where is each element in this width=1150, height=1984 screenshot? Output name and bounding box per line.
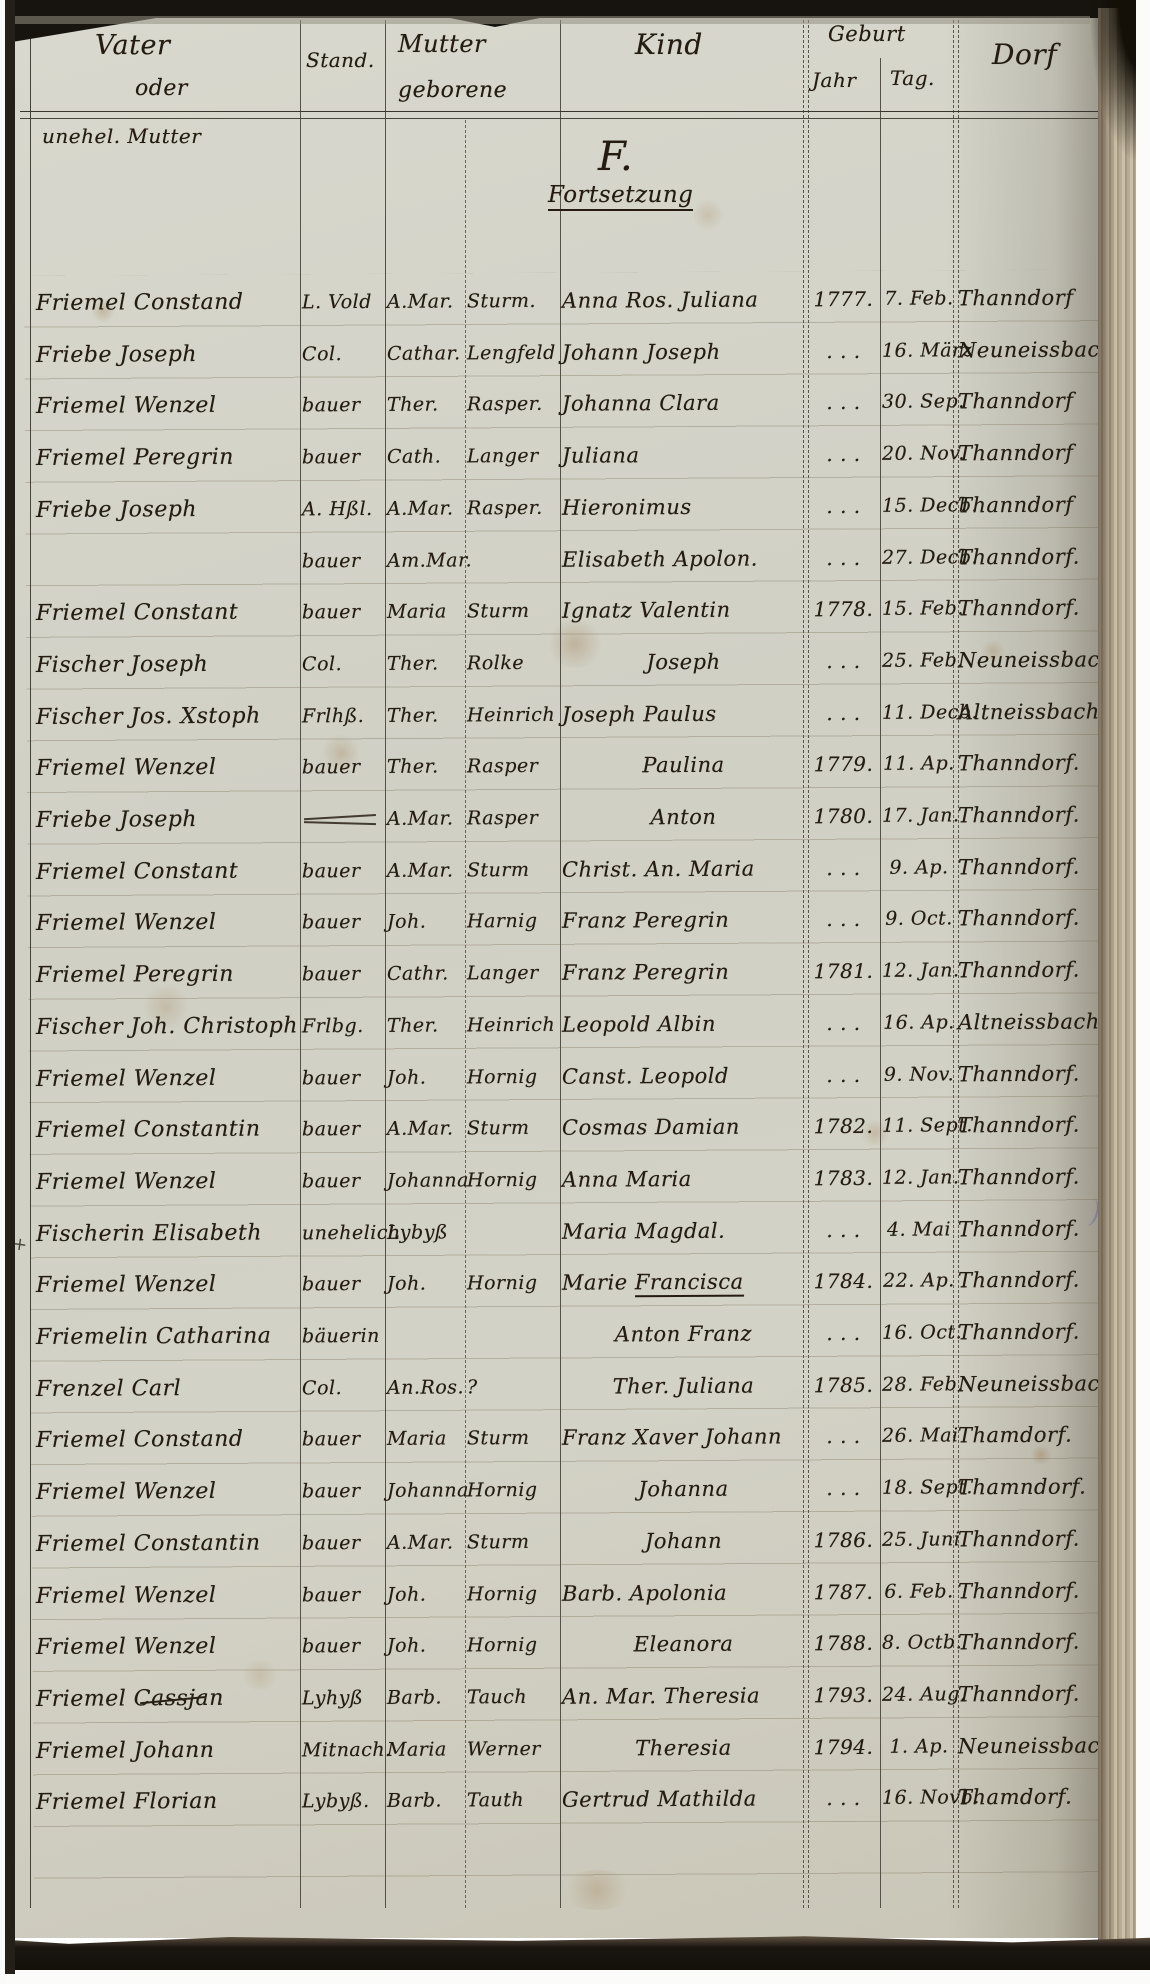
table-row: Friemel WenzelbauerJoh.HornigMarie Franc… <box>30 1255 1098 1314</box>
cell-mother-surname: Sturm <box>467 586 561 639</box>
cell-birth-day: 16. Novb. <box>882 1773 956 1825</box>
cell-mother-given: A.Mar. <box>387 1104 467 1156</box>
cell-birth-year: 1785. <box>807 1359 880 1411</box>
cell-mother-given: Ther. <box>387 1000 467 1052</box>
cell-child: Paulina <box>562 740 805 793</box>
cell-mother-given: Barb. <box>387 1672 467 1724</box>
cell-stand: Col. <box>302 329 386 382</box>
cell-birth-day: 12. Jan. <box>882 1152 956 1204</box>
page-fold-shadow <box>1098 8 1138 1952</box>
cell-birth-day: 9. Oct. <box>882 894 956 946</box>
cell-birth-day: 11. Decb. <box>882 687 956 739</box>
cell-mother-given: Barb. <box>387 1776 467 1828</box>
cell-child: Gertrud Mathilda <box>562 1774 805 1827</box>
cell-mother-surname: Tauch <box>467 1672 561 1725</box>
cell-child: Joseph <box>562 636 805 689</box>
strikethrough-mark <box>140 1696 206 1704</box>
cell-birth-day: 4. Mai <box>882 1204 956 1256</box>
cell-birth-day: 9. Nov. <box>882 1049 956 1101</box>
cell-father: Frenzel Carl <box>36 1363 298 1417</box>
underlined-child-name: Francisca <box>635 1270 744 1298</box>
cell-mother-surname: Rasper <box>467 793 561 846</box>
cell-mother-surname: Langer <box>467 948 561 1001</box>
cell-father: Friebe Joseph <box>36 794 298 848</box>
cell-birth-day: 20. Nov. <box>882 428 956 480</box>
cell-birth-day: 27. Decb. <box>882 532 956 584</box>
cell-father: Friemel Cassjan <box>36 1673 298 1727</box>
cell-stand: bauer <box>302 1052 386 1105</box>
cell-father: Fischer Joh. Christoph <box>36 1001 298 1055</box>
cell-birth-year: . . . <box>807 1308 880 1360</box>
cell-birth-day: 17. Jan. <box>882 790 956 842</box>
cell-stand: bauer <box>302 742 386 795</box>
cell-mother-given: Ther. <box>387 690 467 742</box>
table-row: Friebe JosephCol.Cathar.LengfeldJohann J… <box>30 324 1098 383</box>
cell-birth-day: 15. Decb. <box>882 480 956 532</box>
cell-father: Friemel Wenzel <box>36 898 298 952</box>
cell-child: Cosmas Damian <box>562 1101 805 1154</box>
cell-birth-day: 8. Octb. <box>882 1618 956 1670</box>
cell-birth-day: 7. Feb. <box>882 273 956 325</box>
cell-mother-surname: Hornig <box>467 1465 561 1518</box>
table-row: Friemel PeregrinbauerCathr.LangerFranz P… <box>30 945 1098 1004</box>
cell-stand: bauer <box>302 1104 386 1157</box>
cell-birth-year: 1787. <box>807 1566 880 1618</box>
cell-child: Johanna Clara <box>562 378 805 431</box>
cell-mother-surname: Sturm. <box>467 276 561 329</box>
cell-birth-year: . . . <box>807 842 880 894</box>
cell-mother-given <box>387 1310 467 1362</box>
cell-mother-surname <box>467 534 561 587</box>
cell-stand: bauer <box>302 535 386 588</box>
cell-birth-year: 1781. <box>807 946 880 998</box>
cell-mother-surname: Langer <box>467 431 561 484</box>
column-header-father-line1: Vater <box>95 30 170 61</box>
cell-mother-given: Am.Mar. <box>387 535 467 587</box>
cell-father: Friemel Wenzel <box>36 1053 298 1107</box>
cell-child: Theresia <box>562 1722 805 1775</box>
cell-father: Fischer Jos. Xstoph <box>36 691 298 745</box>
table-row: Friemel CassjanLyhyßBarb.TauchAn. Mar. T… <box>30 1668 1098 1727</box>
cell-stand: bauer <box>302 1621 386 1674</box>
cell-stand: bauer <box>302 1414 386 1467</box>
cell-stand: bauer <box>302 1518 386 1571</box>
scan-bottom-margin <box>0 1970 1150 1984</box>
cell-birth-day: 16. März <box>882 325 956 377</box>
cell-birth-year: 1788. <box>807 1618 880 1670</box>
cell-birth-year: 1778. <box>807 584 880 636</box>
cell-birth-year: . . . <box>807 532 880 584</box>
cell-child: Leopold Albin <box>562 998 805 1051</box>
cell-birth-day: 26. Mai <box>882 1411 956 1463</box>
table-row: Friebe JosephA. Hßl.A.Mar.Rasper.Hieroni… <box>30 479 1098 538</box>
column-header-father-line2: oder <box>135 76 188 101</box>
cell-stand: bauer <box>302 380 386 433</box>
table-row: Friemel ConstantinbauerA.Mar.SturmCosmas… <box>30 1100 1098 1159</box>
cell-father: Friemel Peregrin <box>36 949 298 1003</box>
scan-right-margin <box>1136 0 1150 1984</box>
cell-birth-year: . . . <box>807 1773 880 1825</box>
cell-father: Friemel Wenzel <box>36 1156 298 1210</box>
book-bottom-edge <box>0 1934 1150 1972</box>
cell-stand: bauer <box>302 1569 386 1622</box>
cell-stand: bauer <box>302 432 386 485</box>
cell-mother-surname <box>467 1206 561 1259</box>
cell-child: Anna Maria <box>562 1153 805 1206</box>
cell-stand: bauer <box>302 949 386 1002</box>
section-letter: F. <box>598 134 633 180</box>
cell-father: Friemel Constantin <box>36 1105 298 1159</box>
cell-mother-surname: Hornig <box>467 1620 561 1673</box>
table-row: Fischer Joh. ChristophFrlbg.Ther.Heinric… <box>30 996 1098 1055</box>
cell-birth-year: . . . <box>807 377 880 429</box>
cell-father <box>36 536 298 590</box>
cell-father: Friemel Florian <box>36 1777 298 1831</box>
cell-birth-day: 22. Ap. <box>882 1256 956 1308</box>
cell-father: Friemelin Catharina <box>36 1311 298 1365</box>
cell-child: Joseph Paulus <box>562 688 805 741</box>
cell-mother-given: Maria <box>387 1414 467 1466</box>
cell-father: Friemel Wenzel <box>36 381 298 435</box>
cell-mother-given: Joh. <box>387 897 467 949</box>
cell-mother-given: Ther. <box>387 638 467 690</box>
cell-mother-surname <box>467 1310 561 1363</box>
cell-birth-day: 16. Oct. <box>882 1307 956 1359</box>
cell-mother-surname: Hornig <box>467 1051 561 1104</box>
cell-stand: L. Vold <box>302 277 386 330</box>
cell-birth-day: 6. Feb. <box>882 1566 956 1618</box>
cell-birth-year: 1779. <box>807 739 880 791</box>
cell-mother-surname: Rasper <box>467 741 561 794</box>
cell-mother-given: Johanna <box>387 1155 467 1207</box>
column-header-child: Kind <box>635 28 703 61</box>
table-row: Friemel WenzelbauerJohannaHornigJohanna.… <box>30 1462 1098 1521</box>
cell-child: Marie Francisca <box>562 1257 805 1310</box>
cell-mother-given: Joh. <box>387 1569 467 1621</box>
cell-mother-given: Joh. <box>387 1621 467 1673</box>
cell-child: Elisabeth Apolon. <box>562 533 805 586</box>
cell-mother-surname: Hornig <box>467 1568 561 1621</box>
table-row: Friemel ConstantbauerA.Mar.SturmChrist. … <box>30 841 1098 900</box>
cell-birth-day: 11. Ap. <box>882 739 956 791</box>
cell-child: Canst. Leopold <box>562 1050 805 1103</box>
cell-birth-day: 11. Sept. <box>882 1101 956 1153</box>
cell-child: Anton <box>562 791 805 844</box>
cell-mother-surname: Lengfeld <box>467 327 561 380</box>
cell-mother-given: Lybyß <box>387 1207 467 1259</box>
cell-father: Friemel Johann <box>36 1725 298 1779</box>
table-row: Friemelin CatharinabäuerinAnton Franz. .… <box>30 1306 1098 1365</box>
table-row: Friemel WenzelbauerJoh.HornigEleanora178… <box>30 1617 1098 1676</box>
table-row: Friemel WenzelbauerJoh.HornigBarb. Apolo… <box>30 1565 1098 1624</box>
cell-mother-surname: Tauth <box>467 1775 561 1828</box>
cell-mother-given: Cath. <box>387 431 467 483</box>
cell-mother-surname: Rasper. <box>467 379 561 432</box>
cell-mother-given: A.Mar. <box>387 845 467 897</box>
cell-birth-year: . . . <box>807 1204 880 1256</box>
cell-mother-surname: Heinrich <box>467 1000 561 1053</box>
cell-mother-given: A.Mar. <box>387 276 467 328</box>
cell-mother-surname: Hornig <box>467 1155 561 1208</box>
cell-stand: Frlbg. <box>302 1001 386 1054</box>
cell-mother-surname: Sturm <box>467 1103 561 1156</box>
cell-mother-surname: Sturm <box>467 844 561 897</box>
cell-child: Johanna <box>562 1463 805 1516</box>
cell-child: Johann Joseph <box>562 326 805 379</box>
cell-birth-year: . . . <box>807 894 880 946</box>
table-row: Friemel WenzelbauerTher.Rasper.Johanna C… <box>30 376 1098 435</box>
table-row: Frenzel CarlCol.An.Ros.?Ther. Juliana178… <box>30 1358 1098 1417</box>
cell-birth-year: . . . <box>807 687 880 739</box>
cell-father: Friebe Joseph <box>36 329 298 383</box>
cell-birth-day: 28. Feb. <box>882 1359 956 1411</box>
cell-mother-given: An.Ros. <box>387 1362 467 1414</box>
cell-birth-day: 25. Juni <box>882 1514 956 1566</box>
cell-birth-day: 16. Ap. <box>882 997 956 1049</box>
cell-birth-year: 1782. <box>807 1101 880 1153</box>
cell-child: Franz Peregrin <box>562 946 805 999</box>
table-row: Friemel ConstandbauerMariaSturmFranz Xav… <box>30 1410 1098 1469</box>
cell-birth-year: 1783. <box>807 1153 880 1205</box>
cell-mother-given: Maria <box>387 1724 467 1776</box>
table-row: Friemel FlorianLybyß.Barb.TauthGertrud M… <box>30 1772 1098 1831</box>
cell-birth-year: . . . <box>807 429 880 481</box>
cell-birth-year: 1793. <box>807 1670 880 1722</box>
cell-birth-day: 25. Feb. <box>882 635 956 687</box>
cell-mother-given: Johanna <box>387 1465 467 1517</box>
table-row: Friemel WenzelbauerJoh.HarnigFranz Pereg… <box>30 893 1098 952</box>
cell-birth-year: . . . <box>807 325 880 377</box>
cell-birth-day: 18. Sept. <box>882 1462 956 1514</box>
cell-father: Fischerin Elisabeth+ <box>36 1208 298 1262</box>
cell-father: Friemel Constant <box>36 846 298 900</box>
cell-birth-day: 12. Jan. <box>882 945 956 997</box>
cell-child: Hieronimus <box>562 481 805 534</box>
table-row: Friemel WenzelbauerJohannaHornigAnna Mar… <box>30 1151 1098 1210</box>
column-header-birth: Geburt <box>828 22 906 46</box>
cell-birth-day: 1. Ap. <box>882 1721 956 1773</box>
cell-stand: Col. <box>302 639 386 692</box>
cell-child: Johann <box>562 1515 805 1568</box>
cell-child: Maria Magdal. <box>562 1205 805 1258</box>
cell-father: Friebe Joseph <box>36 484 298 538</box>
cell-birth-year: . . . <box>807 636 880 688</box>
cell-child: Franz Xaver Johann <box>562 1412 805 1465</box>
cell-stand: Mitnach. <box>302 1724 386 1777</box>
cell-mother-given: A.Mar. <box>387 483 467 535</box>
cell-birth-day: 30. Sep. <box>882 377 956 429</box>
cell-mother-given: Maria <box>387 587 467 639</box>
cell-birth-year: 1794. <box>807 1721 880 1773</box>
column-header-stand: Stand. <box>306 48 375 72</box>
cell-father: Friemel Peregrin <box>36 432 298 486</box>
cell-stand: Frlhß. <box>302 690 386 743</box>
header-rule <box>20 111 1098 119</box>
cell-child: Barb. Apolonia <box>562 1567 805 1620</box>
cell-birth-day: 24. Aug. <box>882 1669 956 1721</box>
cell-mother-given: A.Mar. <box>387 793 467 845</box>
underlying-page-sliver <box>10 16 1090 24</box>
cell-birth-year: 1786. <box>807 1515 880 1567</box>
cell-mother-given: A.Mar. <box>387 1517 467 1569</box>
cell-birth-year: 1784. <box>807 1256 880 1308</box>
cell-mother-surname: Sturm <box>467 1517 561 1570</box>
cell-stand: bauer <box>302 897 386 950</box>
cell-mother-given: Joh. <box>387 1052 467 1104</box>
cell-mother-surname: Rasper. <box>467 483 561 536</box>
cell-stand: unehelich <box>302 1207 386 1260</box>
cell-child: Eleanora <box>562 1618 805 1671</box>
cell-stand: A. Hßl. <box>302 484 386 537</box>
cell-stand: bauer <box>302 846 386 899</box>
cell-birth-day: 9. Ap. <box>882 842 956 894</box>
table-row: Friebe JosephA.Mar.RasperAnton1780.17. J… <box>30 789 1098 848</box>
table-row: bauerAm.Mar.Elisabeth Apolon.. . .27. De… <box>30 531 1098 590</box>
column-header-mother-line2: geborene <box>398 78 507 103</box>
cell-mother-given: Cathar. <box>387 328 467 380</box>
column-header-mother-line1: Mutter <box>398 30 486 58</box>
cell-father: Friemel Wenzel <box>36 1570 298 1624</box>
cell-birth-year: 1777. <box>807 274 880 326</box>
cell-stand: Lyhyß <box>302 1673 386 1726</box>
cell-birth-day: 15. Feb. <box>882 584 956 636</box>
cell-mother-surname: Hornig <box>467 1258 561 1311</box>
cell-father: Fischer Joseph <box>36 639 298 693</box>
column-header-birth-year: Jahr <box>812 68 856 92</box>
crossed-out-scribble <box>304 812 376 828</box>
table-row: Friemel WenzelbauerTher.RasperPaulina177… <box>30 738 1098 797</box>
table-row: Fischer Jos. XstophFrlhß.Ther.HeinrichJo… <box>30 686 1098 745</box>
cell-birth-year: . . . <box>807 481 880 533</box>
book-left-edge <box>5 0 15 1974</box>
cell-stand: bauer <box>302 1259 386 1312</box>
cell-birth-year: 1780. <box>807 791 880 843</box>
cell-father: Friemel Constand <box>36 277 298 331</box>
cell-mother-given: Ther. <box>387 380 467 432</box>
cell-mother-surname: Werner <box>467 1723 561 1776</box>
cell-child: Ther. Juliana <box>562 1360 805 1413</box>
cell-father: Friemel Constantin <box>36 1518 298 1572</box>
cell-child: Franz Peregrin <box>562 895 805 948</box>
cell-child: Anna Ros. Juliana <box>562 274 805 327</box>
cell-child: Juliana <box>562 429 805 482</box>
cell-mother-surname: Sturm <box>467 1413 561 1466</box>
column-header-birth-day: Tag. <box>890 66 935 90</box>
scanned-register-page: Vater oder Stand. Mutter geborene Kind G… <box>0 0 1150 1984</box>
cell-birth-year: . . . <box>807 1411 880 1463</box>
cell-father: Friemel Wenzel <box>36 1622 298 1676</box>
cell-mother-surname: Rolke <box>467 638 561 691</box>
cell-stand: bäuerin <box>302 1311 386 1364</box>
section-continuation-label: Fortsetzung <box>548 182 693 211</box>
table-row: Friemel ConstantinbauerA.Mar.SturmJohann… <box>30 1513 1098 1572</box>
table-row: Friemel ConstandL. VoldA.Mar.Sturm.Anna … <box>30 272 1098 331</box>
table-row: Friemel ConstantbauerMariaSturmIgnatz Va… <box>30 583 1098 642</box>
cell-mother-given: Ther. <box>387 742 467 794</box>
cell-father: Friemel Constant <box>36 588 298 642</box>
cell-father: Friemel Constand <box>36 1415 298 1469</box>
cell-mother-surname: Heinrich <box>467 689 561 742</box>
cell-stand: bauer <box>302 587 386 640</box>
cell-birth-year: . . . <box>807 1463 880 1515</box>
cell-child: Anton Franz <box>562 1308 805 1361</box>
table-row: Friemel WenzelbauerJoh.HornigCanst. Leop… <box>30 1048 1098 1107</box>
cell-stand: bauer <box>302 1466 386 1519</box>
cell-child: An. Mar. Theresia <box>562 1670 805 1723</box>
cell-stand: Lybyß. <box>302 1776 386 1829</box>
cell-father: Friemel Wenzel <box>36 1466 298 1520</box>
cell-mother-surname: Harnig <box>467 896 561 949</box>
cell-father: Friemel Wenzel <box>36 1260 298 1314</box>
table-row: Fischer JosephCol.Ther.RolkeJoseph. . .2… <box>30 634 1098 693</box>
column-header-village: Dorf <box>992 38 1057 71</box>
cell-mother-given: Cathr. <box>387 948 467 1000</box>
subheader-unmarried-mother-note: unehel. Mutter <box>42 124 201 148</box>
cell-stand: bauer <box>302 1156 386 1209</box>
cell-birth-year: . . . <box>807 1049 880 1101</box>
cell-father: Friemel Wenzel <box>36 743 298 797</box>
cell-birth-year: . . . <box>807 998 880 1050</box>
table-row: Friemel JohannMitnach.MariaWernerTheresi… <box>30 1720 1098 1779</box>
cell-mother-surname: ? <box>467 1361 561 1414</box>
cell-mother-given: Joh. <box>387 1259 467 1311</box>
table-row: Fischerin Elisabeth+unehelichLybyßMaria … <box>30 1203 1098 1262</box>
cell-child: Christ. An. Maria <box>562 843 805 896</box>
table-row: Friemel PeregrinbauerCath.LangerJuliana.… <box>30 428 1098 487</box>
cell-child: Ignatz Valentin <box>562 584 805 637</box>
cell-stand: Col. <box>302 1363 386 1416</box>
cell-stand <box>302 794 386 847</box>
